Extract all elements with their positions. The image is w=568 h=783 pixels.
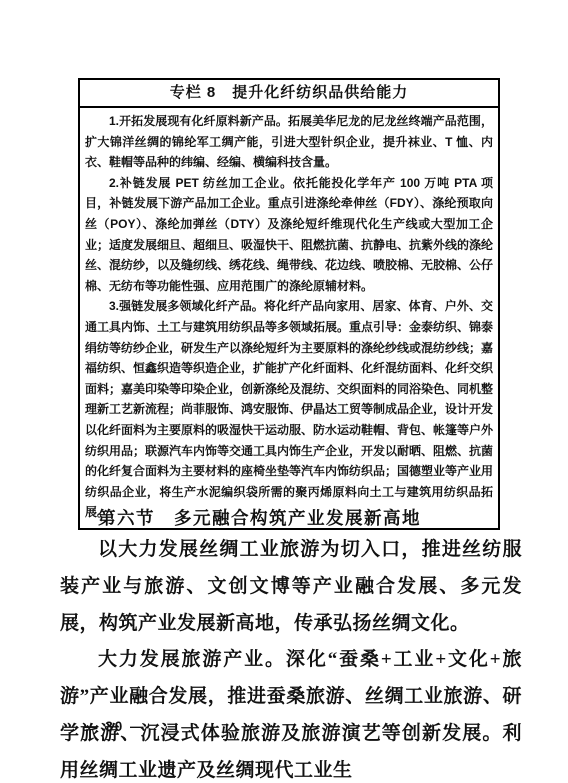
- body-paragraph-1: 以大力发展丝绸工业旅游为切入口，推进丝纺服装产业与旅游、文创文博等产业融合发展、…: [60, 532, 522, 642]
- document-page: 专栏 8 提升化纤纺织品供给能力 1.开拓发展现有化纤原料新产品。拓展美华尼龙的…: [0, 0, 568, 783]
- column-box-title: 专栏 8 提升化纤纺织品供给能力: [80, 80, 498, 108]
- column-box: 专栏 8 提升化纤纺织品供给能力 1.开拓发展现有化纤原料新产品。拓展美华尼龙的…: [78, 78, 500, 530]
- box-paragraph-3: 3.强链发展多领域化纤产品。将化纤产品向家用、居家、体育、户外、交通工具内饰、土…: [85, 296, 493, 523]
- column-box-body: 1.开拓发展现有化纤原料新产品。拓展美华尼龙的尼龙丝终端产品范围，扩大锦洋丝绸的…: [80, 108, 498, 528]
- box-paragraph-2: 2.补链发展 PET 纺丝加工企业。依托能投化学年产 100 万吨 PTA 项目…: [85, 173, 493, 297]
- section-heading: 第六节 多元融合构筑产业发展新高地: [98, 505, 421, 530]
- body-text: 以大力发展丝绸工业旅游为切入口，推进丝纺服装产业与旅游、文创文博等产业融合发展、…: [60, 532, 522, 783]
- box-paragraph-1: 1.开拓发展现有化纤原料新产品。拓展美华尼龙的尼龙丝终端产品范围，扩大锦洋丝绸的…: [85, 111, 493, 173]
- page-number: — 30 —: [84, 719, 146, 734]
- body-paragraph-2: 大力发展旅游产业。深化“蚕桑+工业+文化+旅游”产业融合发展，推进蚕桑旅游、丝绸…: [60, 642, 522, 783]
